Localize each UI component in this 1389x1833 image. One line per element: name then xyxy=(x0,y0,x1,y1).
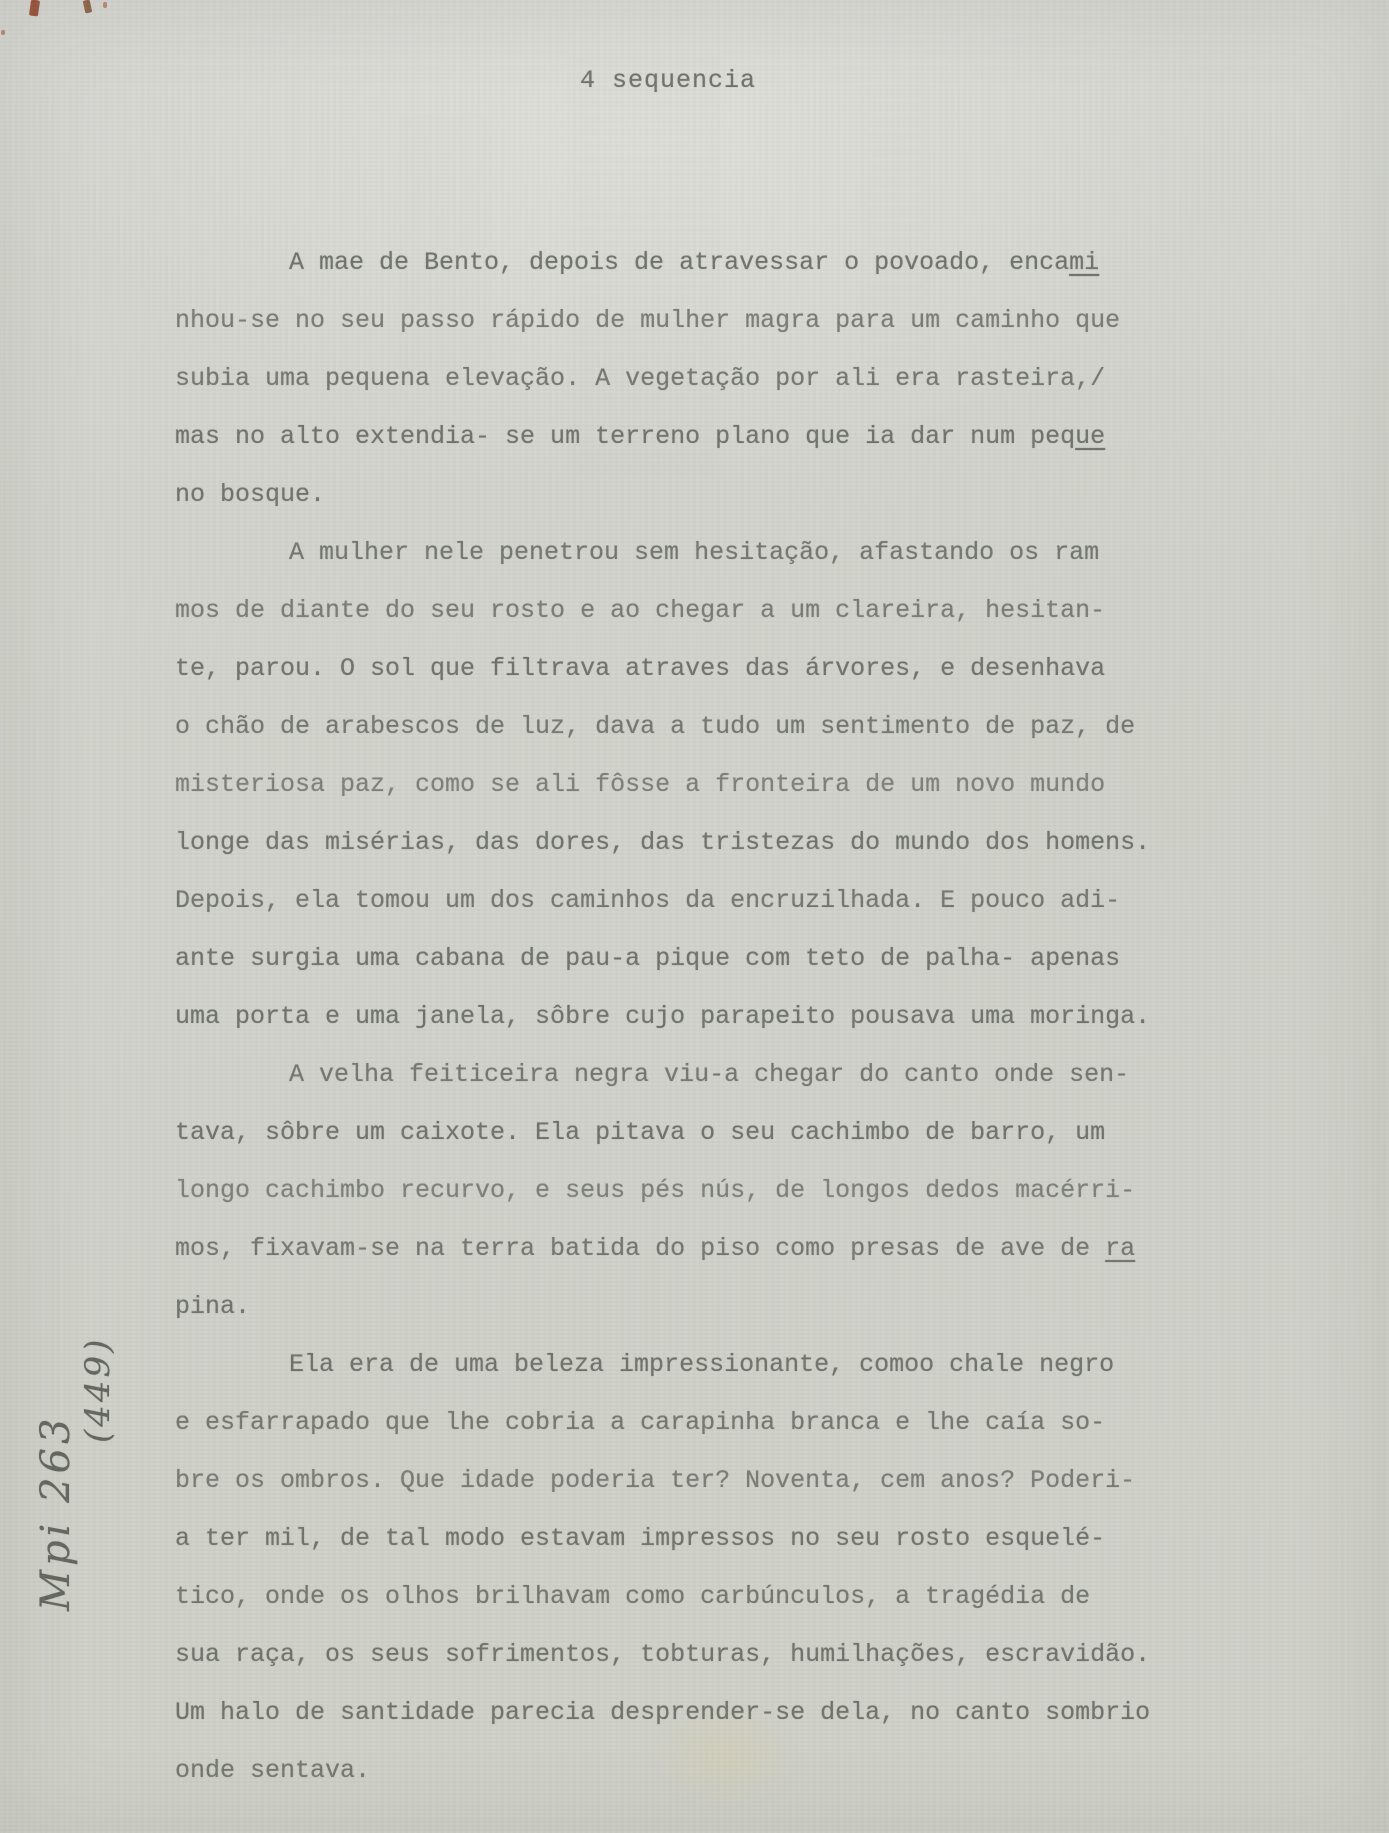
typed-text: uma porta e uma janela, sôbre cujo parap… xyxy=(175,1002,1150,1031)
typed-text: longe das misérias, das dores, das trist… xyxy=(175,828,1150,857)
typed-text: e esfarrapado que lhe cobria a carapinha… xyxy=(175,1408,1105,1437)
typed-text: ante surgia uma cabana de pau-a pique co… xyxy=(175,944,1120,973)
red-ink-stain xyxy=(29,0,40,17)
typed-text: Ela era de uma beleza impressionante, co… xyxy=(289,1350,1114,1379)
typed-line: Um halo de santidade parecia desprender-… xyxy=(175,1684,1245,1742)
typed-text-block: A mae de Bento, depois de atravessar o p… xyxy=(175,234,1245,1800)
typed-line: a ter mil, de tal modo estavam impressos… xyxy=(175,1510,1245,1568)
brown-ink-stain xyxy=(83,0,93,14)
typed-text: A mulher nele penetrou sem hesitação, af… xyxy=(289,538,1099,567)
typed-line: e esfarrapado que lhe cobria a carapinha… xyxy=(175,1394,1245,1452)
typed-line: A mae de Bento, depois de atravessar o p… xyxy=(175,234,1245,292)
typed-line: onde sentava. xyxy=(175,1742,1245,1800)
typed-line: A velha feiticeira negra viu-a chegar do… xyxy=(175,1046,1245,1104)
typed-text: sua raça, os seus sofrimentos, tobturas,… xyxy=(175,1640,1150,1669)
typed-line: mos de diante do seu rosto e ao chegar a… xyxy=(175,582,1245,640)
typed-text: tava, sôbre um caixote. Ela pitava o seu… xyxy=(175,1118,1105,1147)
typed-line: A mulher nele penetrou sem hesitação, af… xyxy=(175,524,1245,582)
typed-text: nhou-se no seu passo rápido de mulher ma… xyxy=(175,306,1120,335)
typed-line: longe das misérias, das dores, das trist… xyxy=(175,814,1245,872)
typed-text: Um halo de santidade parecia desprender-… xyxy=(175,1698,1150,1727)
typed-line: mas no alto extendia- se um terreno plan… xyxy=(175,408,1245,466)
typed-text: tico, onde os olhos brilhavam como carbú… xyxy=(175,1582,1090,1611)
margin-note-parenthetical: (449) xyxy=(78,1271,118,1611)
handwritten-margin-note: Mpi 263 (449) xyxy=(34,1271,126,1611)
typed-text: Depois, ela tomou um dos caminhos da enc… xyxy=(175,886,1120,915)
underlined-syllable: ue xyxy=(1075,422,1105,451)
typed-text: onde sentava. xyxy=(175,1756,370,1785)
page-header: 4 sequencia xyxy=(580,66,756,95)
typed-line: tico, onde os olhos brilhavam como carbú… xyxy=(175,1568,1245,1626)
typed-line: misteriosa paz, como se ali fôsse a fron… xyxy=(175,756,1245,814)
typed-text: mos de diante do seu rosto e ao chegar a… xyxy=(175,596,1105,625)
underlined-syllable: ra xyxy=(1105,1234,1135,1263)
margin-note-number: Mpi 263 xyxy=(34,1271,78,1611)
typed-text: longo cachimbo recurvo, e seus pés nús, … xyxy=(175,1176,1135,1205)
typed-line: tava, sôbre um caixote. Ela pitava o seu… xyxy=(175,1104,1245,1162)
typed-text: o chão de arabescos de luz, dava a tudo … xyxy=(175,712,1135,741)
typed-line: no bosque. xyxy=(175,466,1245,524)
typed-line: o chão de arabescos de luz, dava a tudo … xyxy=(175,698,1245,756)
typed-text: te, parou. O sol que filtrava atraves da… xyxy=(175,654,1105,683)
typed-line: uma porta e uma janela, sôbre cujo parap… xyxy=(175,988,1245,1046)
typed-text: subia uma pequena elevação. A vegetação … xyxy=(175,364,1105,393)
typed-line: Ela era de uma beleza impressionante, co… xyxy=(175,1336,1245,1394)
typed-text: misteriosa paz, como se ali fôsse a fron… xyxy=(175,770,1105,799)
typed-text: A mae de Bento, depois de atravessar o p… xyxy=(289,248,1069,277)
typewritten-page: 4 sequencia A mae de Bento, depois de at… xyxy=(0,0,1389,1833)
typed-line: Depois, ela tomou um dos caminhos da enc… xyxy=(175,872,1245,930)
typed-text: no bosque. xyxy=(175,480,325,509)
typed-text: mas no alto extendia- se um terreno plan… xyxy=(175,422,1075,451)
typed-line: te, parou. O sol que filtrava atraves da… xyxy=(175,640,1245,698)
typed-line: ante surgia uma cabana de pau-a pique co… xyxy=(175,930,1245,988)
typed-line: bre os ombros. Que idade poderia ter? No… xyxy=(175,1452,1245,1510)
typed-line: mos, fixavam-se na terra batida do piso … xyxy=(175,1220,1245,1278)
small-ink-speck xyxy=(103,2,107,8)
edge-ink-speck xyxy=(1,30,5,35)
typed-line: nhou-se no seu passo rápido de mulher ma… xyxy=(175,292,1245,350)
typed-text: pina. xyxy=(175,1292,250,1321)
typed-text: a ter mil, de tal modo estavam impressos… xyxy=(175,1524,1105,1553)
typed-text: A velha feiticeira negra viu-a chegar do… xyxy=(289,1060,1129,1089)
typed-text: bre os ombros. Que idade poderia ter? No… xyxy=(175,1466,1135,1495)
typed-line: sua raça, os seus sofrimentos, tobturas,… xyxy=(175,1626,1245,1684)
typed-text: mos, fixavam-se na terra batida do piso … xyxy=(175,1234,1105,1263)
typed-line: longo cachimbo recurvo, e seus pés nús, … xyxy=(175,1162,1245,1220)
typed-line: subia uma pequena elevação. A vegetação … xyxy=(175,350,1245,408)
typed-line: pina. xyxy=(175,1278,1245,1336)
underlined-syllable: mi xyxy=(1069,248,1099,277)
